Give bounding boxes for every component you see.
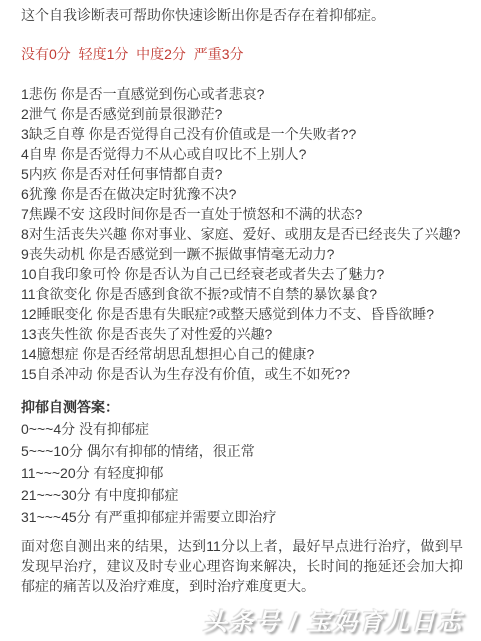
toutiao-watermark: 头条号 / 宝妈育儿日志 [21,602,463,637]
question-item: 13丧失性欲 你是否丧失了对性爱的兴趣? [21,324,463,344]
question-item: 6犹豫 你是否在做决定时犹豫不决? [21,184,463,204]
score-key-item: 11~~~20分 有轻度抑郁 [21,462,463,484]
question-item: 3缺乏自尊 你是否觉得自己没有价值或是一个失败者?? [21,124,463,144]
question-item: 1悲伤 你是否一直感觉到伤心或者悲哀? [21,84,463,104]
question-item: 12睡眠变化 你是否患有失眠症?或整天感觉到体力不支、昏昏欲睡? [21,304,463,324]
advice-paragraph: 面对您自测出来的结果，达到11分以上者，最好早点进行治疗，做到早发现早治疗，建议… [21,536,463,596]
scoring-legend: 没有0分 轻度1分 中度2分 严重3分 [21,44,463,64]
article-page: 这个自我诊断表可帮助你快速诊断出你是否存在着抑郁症。 没有0分 轻度1分 中度2… [0,0,481,641]
score-key-item: 0~~~4分 没有抑郁症 [21,418,463,440]
question-item: 9丧失动机 你是否感觉到一蹶不振做事情毫无动力? [21,244,463,264]
score-key-item: 21~~~30分 有中度抑郁症 [21,484,463,506]
question-item: 14臆想症 你是否经常胡思乱想担心自己的健康? [21,344,463,364]
question-item: 10自我印象可怜 你是否认为自己已经衰老或者失去了魅力? [21,264,463,284]
intro-text: 这个自我诊断表可帮助你快速诊断出你是否存在着抑郁症。 [21,5,463,25]
question-item: 2泄气 你是否感觉到前景很渺茫? [21,104,463,124]
question-item: 11食欲变化 你是否感到食欲不振?或情不自禁的暴饮暴食? [21,284,463,304]
question-list: 1悲伤 你是否一直感觉到伤心或者悲哀? 2泄气 你是否感觉到前景很渺茫? 3缺乏… [21,84,463,384]
score-key-item: 5~~~10分 偶尔有抑郁的情绪，很正常 [21,440,463,462]
question-item: 7焦躁不安 这段时间你是否一直处于愤怒和不满的状态? [21,204,463,224]
score-key-section: 抑郁自测答案： 0~~~4分 没有抑郁症 5~~~10分 偶尔有抑郁的情绪，很正… [21,396,463,528]
question-item: 5内疚 你是否对任何事情都自责? [21,164,463,184]
question-item: 8对生活丧失兴趣 你对事业、家庭、爱好、或朋友是否已经丧失了兴趣? [21,224,463,244]
question-item: 15自杀冲动 你是否认为生存没有价值，或生不如死?? [21,364,463,384]
score-key-item: 31~~~45分 有严重抑郁症并需要立即治疗 [21,506,463,528]
question-item: 4自卑 你是否觉得力不从心或自叹比不上别人? [21,144,463,164]
score-key-heading: 抑郁自测答案： [21,396,463,418]
